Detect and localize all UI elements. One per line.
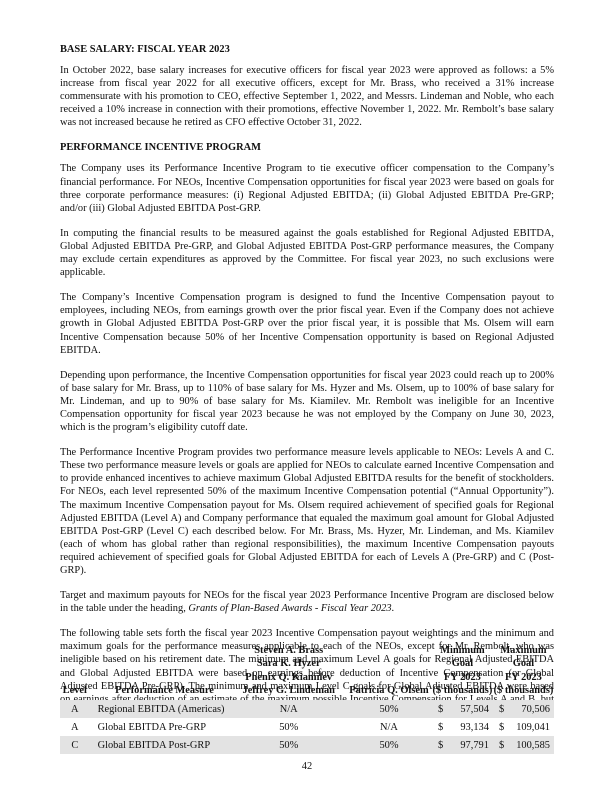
- cell-olsem-weight: N/A: [346, 718, 432, 736]
- header-olsem: Patricia Q. Olsem: [346, 644, 432, 700]
- header-name-hyzer: Sara K. Hyzer: [231, 657, 346, 670]
- header-min-goal-line-3: ($ thousands): [432, 684, 493, 697]
- cell-olsem-weight: 50%: [346, 700, 432, 718]
- cell-olsem-weight: 50%: [346, 736, 432, 754]
- header-level: Level: [60, 644, 90, 700]
- cell-max-goal: 70,506: [510, 700, 554, 718]
- cell-max-goal: 109,041: [510, 718, 554, 736]
- header-minimum-goal: Minimum Goal FY 2023 ($ thousands): [432, 644, 493, 700]
- incentive-goals-table: Level Performance Measure Steven A. Bras…: [60, 644, 554, 754]
- pip-paragraph-4: Depending upon performance, the Incentiv…: [60, 369, 554, 434]
- cell-measure: Global EBITDA Post-GRP: [90, 736, 232, 754]
- grants-table-reference: Grants of Plan-Based Awards - Fiscal Yea…: [188, 603, 391, 614]
- cell-max-currency: $: [493, 700, 510, 718]
- cell-group-weight: 50%: [231, 718, 346, 736]
- pip-paragraph-2: In computing the financial results to be…: [60, 227, 554, 279]
- header-name-brass: Steven A. Brass: [231, 644, 346, 657]
- cell-measure: Global EBITDA Pre-GRP: [90, 718, 232, 736]
- header-name-kiamilev: Phenix Q. Kiamilev: [231, 671, 346, 684]
- cell-level: C: [60, 736, 90, 754]
- table-row: C Global EBITDA Post-GRP 50% 50% $ 97,79…: [60, 736, 554, 754]
- cell-min-goal: 97,791: [450, 736, 493, 754]
- pip-paragraph-3: The Company’s Incentive Compensation pro…: [60, 291, 554, 356]
- cell-level: A: [60, 700, 90, 718]
- header-executive-group: Steven A. Brass Sara K. Hyzer Phenix Q. …: [231, 644, 346, 700]
- cell-min-goal: 57,504: [450, 700, 493, 718]
- document-page: BASE SALARY: FISCAL YEAR 2023 In October…: [60, 43, 554, 731]
- cell-max-currency: $: [493, 736, 510, 754]
- performance-incentive-heading: PERFORMANCE INCENTIVE PROGRAM: [60, 141, 554, 154]
- header-max-goal-line-1: Maximum Goal: [493, 644, 554, 671]
- header-name-lindeman: Jeffrey G. Lindeman: [231, 684, 346, 697]
- base-salary-paragraph: In October 2022, base salary increases f…: [60, 64, 554, 129]
- header-min-goal-line-1: Minimum Goal: [432, 644, 493, 671]
- cell-max-goal: 100,585: [510, 736, 554, 754]
- cell-min-currency: $: [432, 700, 450, 718]
- cell-max-currency: $: [493, 718, 510, 736]
- header-maximum-goal: Maximum Goal FY 2023 ($ thousands): [493, 644, 554, 700]
- header-performance-measure: Performance Measure: [90, 644, 232, 700]
- pip-paragraph-1: The Company uses its Performance Incenti…: [60, 162, 554, 214]
- cell-group-weight: N/A: [231, 700, 346, 718]
- base-salary-heading: BASE SALARY: FISCAL YEAR 2023: [60, 43, 554, 56]
- cell-min-currency: $: [432, 718, 450, 736]
- table-header-row: Level Performance Measure Steven A. Bras…: [60, 644, 554, 700]
- target-payouts-paragraph: Target and maximum payouts for NEOs for …: [60, 589, 554, 615]
- header-max-goal-line-3: ($ thousands): [493, 684, 554, 697]
- header-min-goal-line-2: FY 2023: [432, 671, 493, 684]
- cell-min-goal: 93,134: [450, 718, 493, 736]
- cell-group-weight: 50%: [231, 736, 346, 754]
- cell-level: A: [60, 718, 90, 736]
- table-row: A Global EBITDA Pre-GRP 50% N/A $ 93,134…: [60, 718, 554, 736]
- page-number: 42: [0, 761, 614, 772]
- cell-measure: Regional EBITDA (Americas): [90, 700, 232, 718]
- cell-min-currency: $: [432, 736, 450, 754]
- pip-paragraph-5: The Performance Incentive Program provid…: [60, 446, 554, 577]
- table-row: A Regional EBITDA (Americas) N/A 50% $ 5…: [60, 700, 554, 718]
- target-payouts-end: .: [392, 603, 395, 614]
- header-max-goal-line-2: FY 2023: [493, 671, 554, 684]
